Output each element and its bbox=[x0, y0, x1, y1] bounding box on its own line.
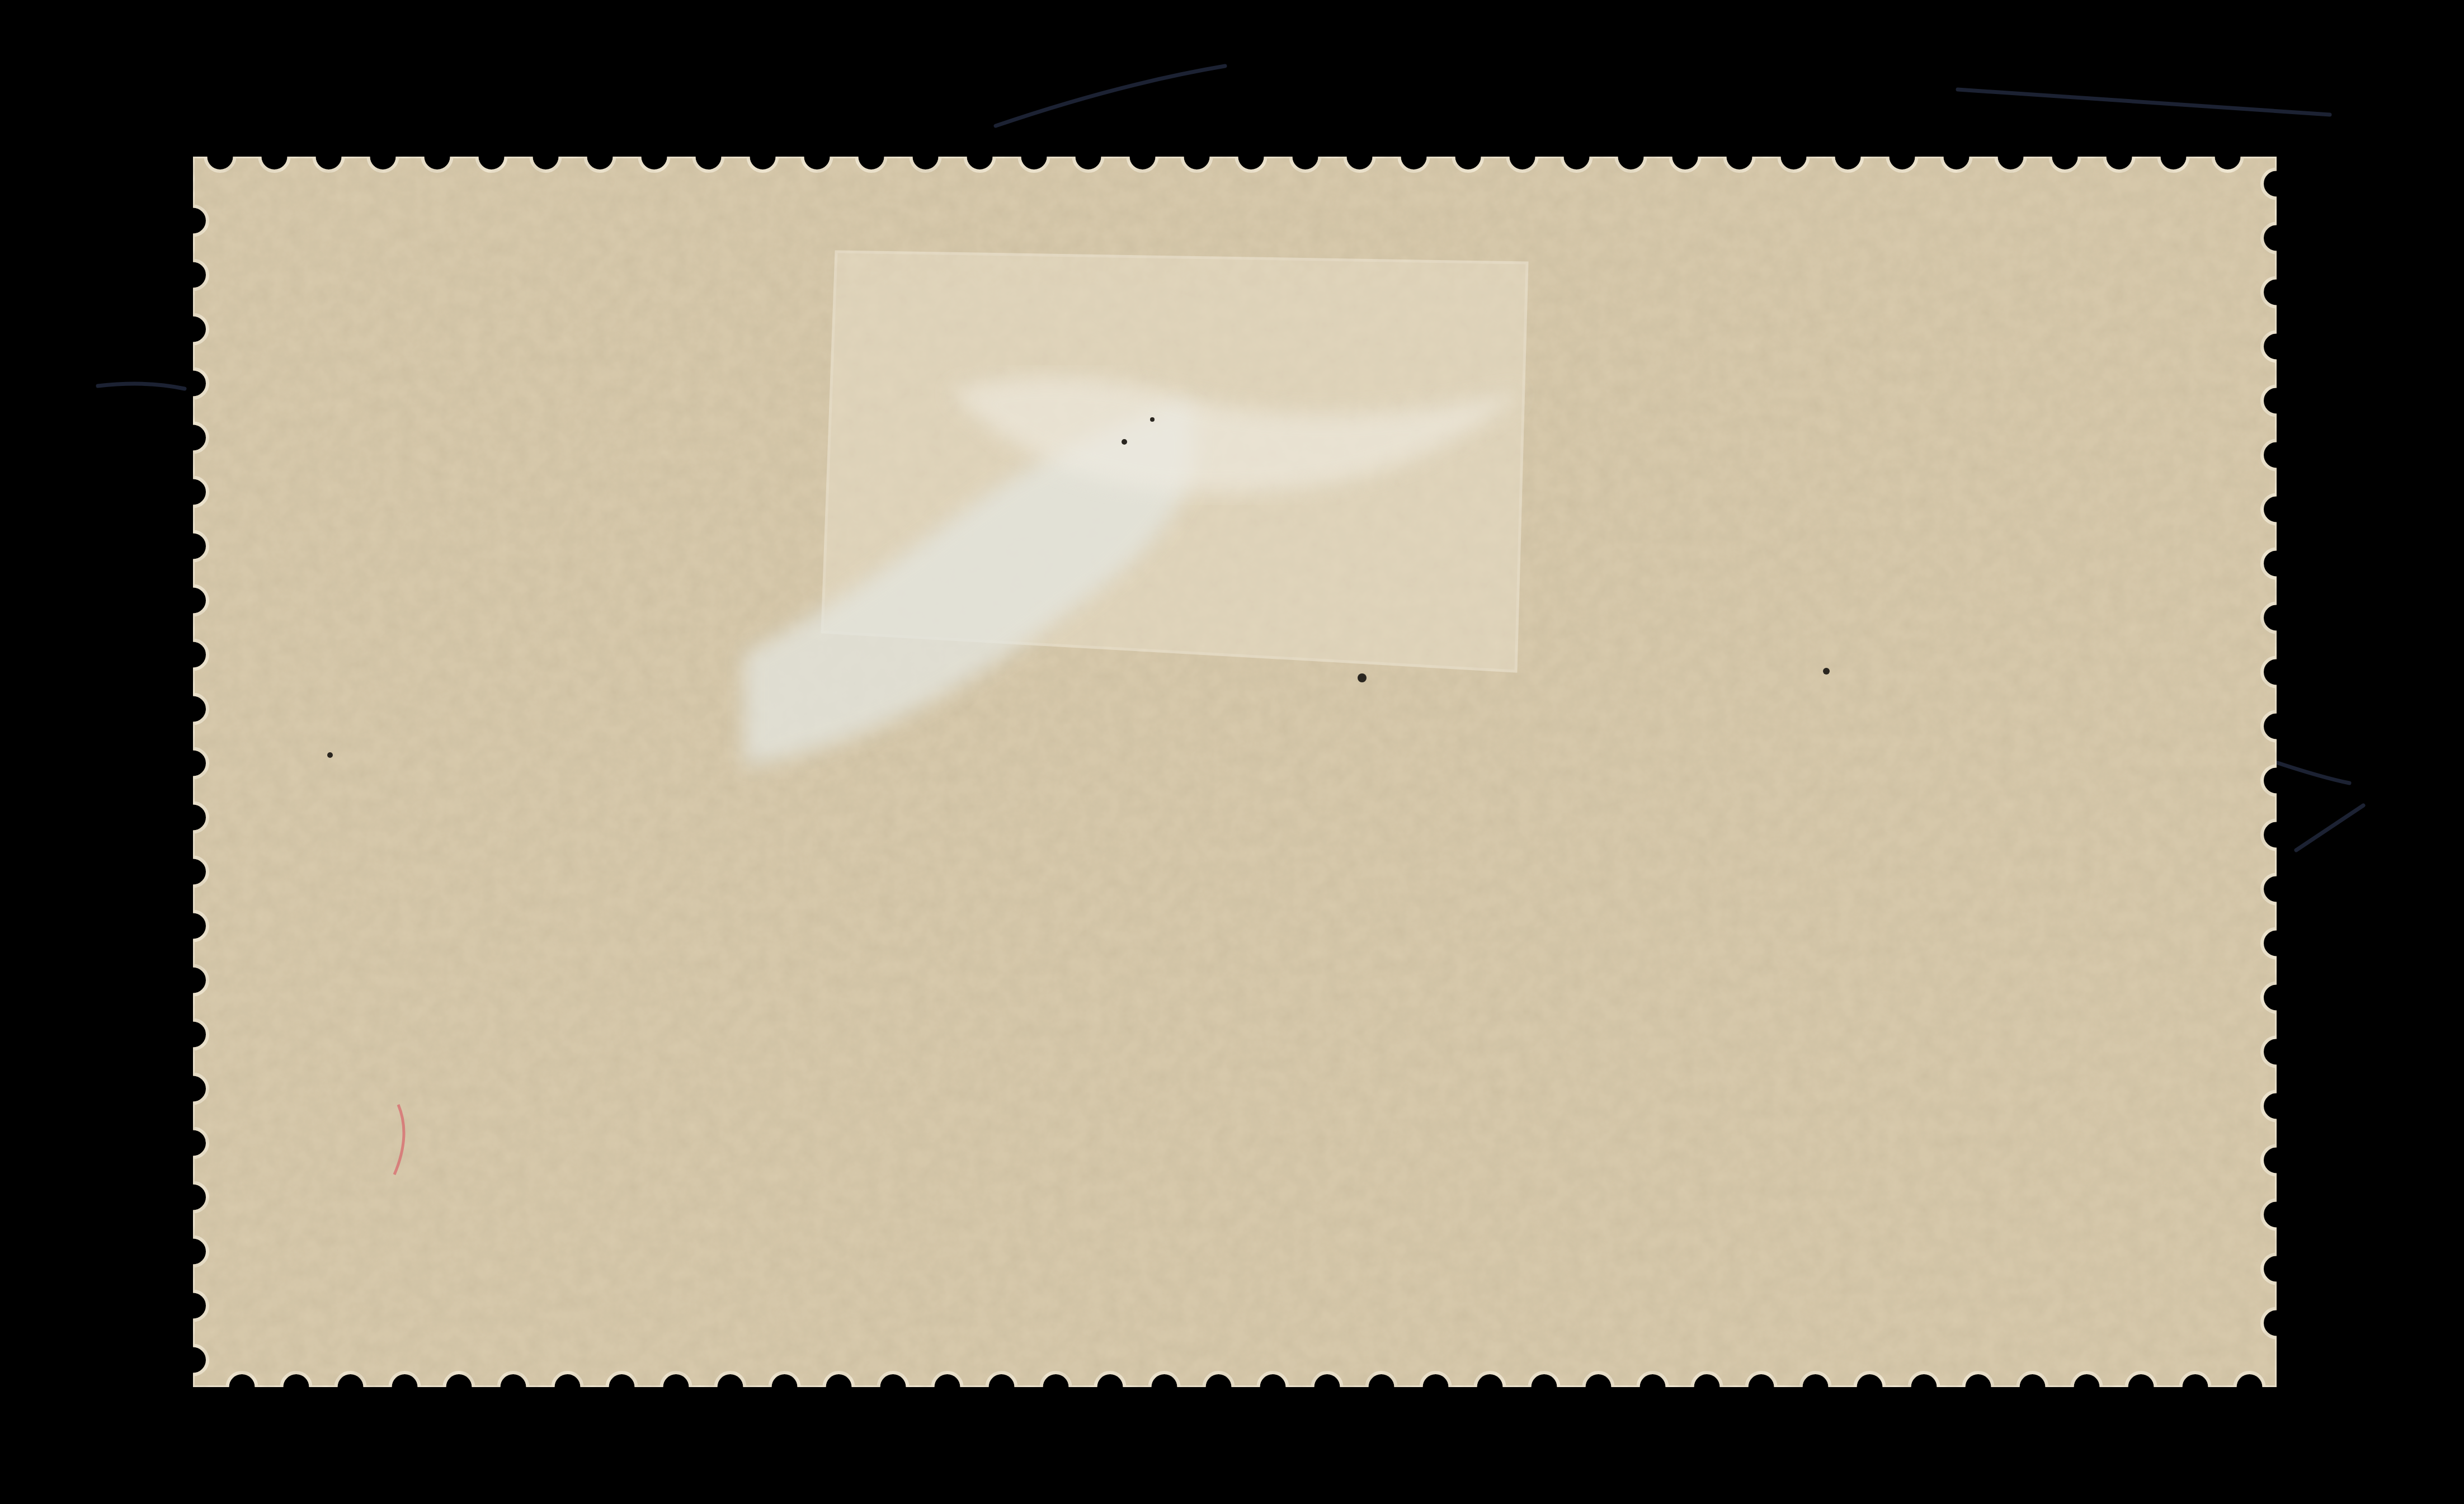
stamp-photo bbox=[0, 0, 2464, 1504]
stamp bbox=[193, 157, 2277, 1387]
